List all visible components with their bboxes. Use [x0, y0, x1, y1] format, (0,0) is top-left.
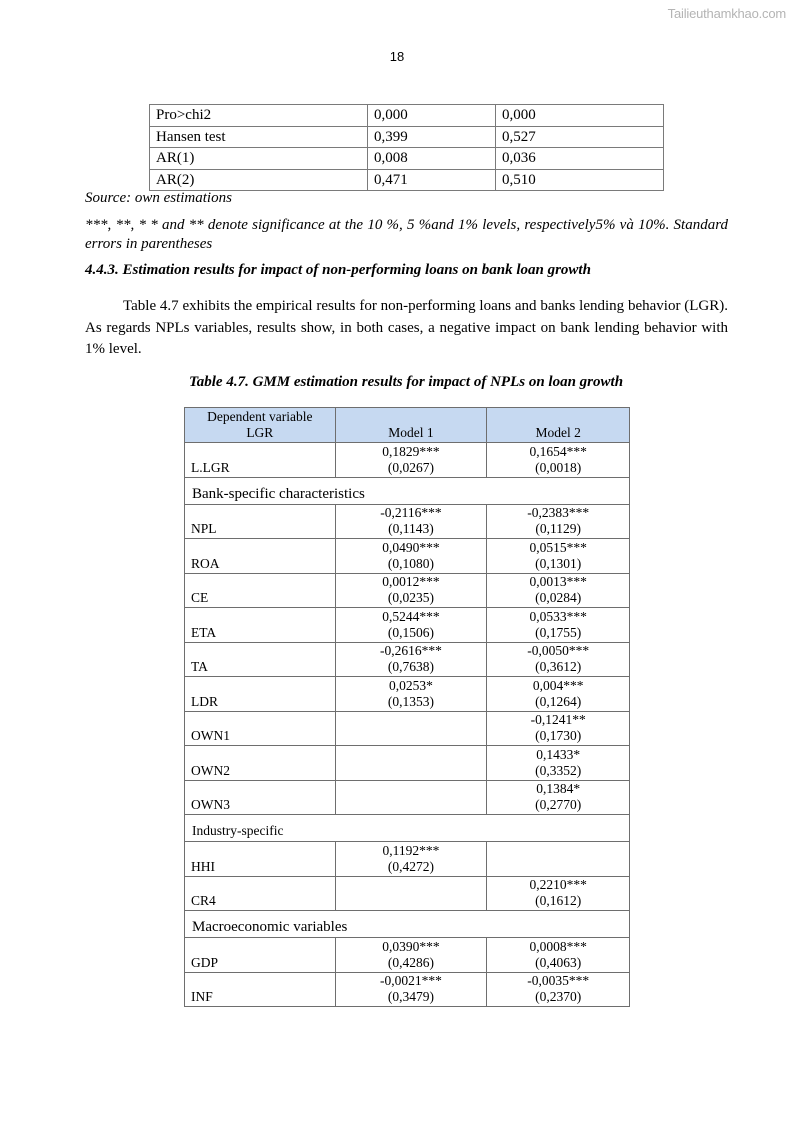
table-row: ETA0,5244***(0,1506)0,0533***(0,1755): [185, 608, 630, 643]
coefficient: 0,0490***: [342, 540, 481, 556]
standard-error: [342, 893, 481, 909]
standard-error: [342, 797, 481, 813]
group-label: Industry-specific: [185, 815, 630, 842]
table-header-row: Dependent variable LGR Model 1 Model 2: [185, 408, 630, 443]
coefficient: -0,1241**: [493, 712, 623, 728]
model-1-cell: 0,0253*(0,1353): [335, 677, 487, 712]
model-2-cell: 0,0515***(0,1301): [487, 539, 630, 574]
coefficient: 0,1829***: [342, 444, 481, 460]
coefficient: 0,0013***: [493, 574, 623, 590]
stats-model1: 0,008: [368, 148, 496, 170]
model-1-cell: 0,5244***(0,1506): [335, 608, 487, 643]
variable-name: HHI: [185, 842, 336, 877]
stats-label: AR(2): [150, 169, 368, 191]
standard-error: (0,1612): [493, 893, 623, 909]
stats-model1: 0,399: [368, 126, 496, 148]
standard-error: (0,2770): [493, 797, 623, 813]
standard-error: (0,4272): [342, 859, 481, 875]
table-row: TA-0,2616***(0,7638)-0,0050***(0,3612): [185, 642, 630, 677]
standard-error: (0,4286): [342, 955, 481, 971]
standard-error: (0,1353): [342, 694, 481, 710]
model-2-cell: 0,1654***(0,0018): [487, 443, 630, 478]
table-row: ROA0,0490***(0,1080)0,0515***(0,1301): [185, 539, 630, 574]
standard-error: (0,2370): [493, 989, 623, 1005]
coefficient: [342, 712, 481, 728]
coefficient: 0,0515***: [493, 540, 623, 556]
standard-error: (0,0284): [493, 590, 623, 606]
stats-label: Pro>chi2: [150, 105, 368, 127]
table-row: LDR0,0253*(0,1353)0,004***(0,1264): [185, 677, 630, 712]
standard-error: (0,7638): [342, 659, 481, 675]
coefficient: [342, 747, 481, 763]
model-2-cell: 0,0008***(0,4063): [487, 938, 630, 973]
stats-model2: 0,510: [496, 169, 664, 191]
standard-error: (0,3352): [493, 763, 623, 779]
watermark: Tailieuthamkhao.com: [668, 6, 786, 21]
model-2-cell: -0,0050***(0,3612): [487, 642, 630, 677]
standard-error: (0,0235): [342, 590, 481, 606]
model-2-cell: -0,0035***(0,2370): [487, 972, 630, 1007]
model-1-cell: [335, 746, 487, 781]
model-2-cell: 0,0013***(0,0284): [487, 573, 630, 608]
standard-error: (0,1301): [493, 556, 623, 572]
variable-name: LDR: [185, 677, 336, 712]
coefficient: 0,0390***: [342, 939, 481, 955]
stats-row: Pro>chi20,0000,000: [150, 105, 664, 127]
coefficient: 0,0253*: [342, 678, 481, 694]
standard-error: (0,0267): [342, 460, 481, 476]
standard-error: [342, 763, 481, 779]
standard-error: (0,3479): [342, 989, 481, 1005]
variable-name: OWN3: [185, 780, 336, 815]
standard-error: (0,1730): [493, 728, 623, 744]
model-1-cell: -0,2616***(0,7638): [335, 642, 487, 677]
header-model-1: Model 1: [335, 408, 487, 443]
table-row: OWN2 0,1433*(0,3352): [185, 746, 630, 781]
stats-model2: 0,000: [496, 105, 664, 127]
standard-error: [342, 728, 481, 744]
group-label: Bank-specific characteristics: [185, 477, 630, 504]
coefficient: [342, 877, 481, 893]
model-2-cell: -0,1241**(0,1730): [487, 711, 630, 746]
stats-label: Hansen test: [150, 126, 368, 148]
variable-name: OWN2: [185, 746, 336, 781]
coefficient: [342, 781, 481, 797]
coefficient: -0,2616***: [342, 643, 481, 659]
variable-name: OWN1: [185, 711, 336, 746]
model-1-cell: 0,0490***(0,1080): [335, 539, 487, 574]
coefficient: 0,004***: [493, 678, 623, 694]
source-note: Source: own estimations: [85, 190, 232, 207]
coefficient: -0,0021***: [342, 973, 481, 989]
coefficient: 0,5244***: [342, 609, 481, 625]
coefficient: 0,1384*: [493, 781, 623, 797]
variable-name: CR4: [185, 876, 336, 911]
header-dependent-variable: Dependent variable LGR: [185, 408, 336, 443]
group-label: Macroeconomic variables: [185, 911, 630, 938]
table-row: NPL-0,2116***(0,1143)-0,2383***(0,1129): [185, 504, 630, 539]
model-2-cell: -0,2383***(0,1129): [487, 504, 630, 539]
variable-name: L.LGR: [185, 443, 336, 478]
standard-error: (0,4063): [493, 955, 623, 971]
coefficient: 0,2210***: [493, 877, 623, 893]
model-1-cell: 0,1829***(0,0267): [335, 443, 487, 478]
table-row: INF-0,0021***(0,3479)-0,0035***(0,2370): [185, 972, 630, 1007]
table-row: CR4 0,2210***(0,1612): [185, 876, 630, 911]
model-2-cell: 0,2210***(0,1612): [487, 876, 630, 911]
body-paragraph: Table 4.7 exhibits the empirical results…: [85, 296, 728, 361]
table-row: HHI0,1192***(0,4272): [185, 842, 630, 877]
table-row: L.LGR0,1829***(0,0267)0,1654***(0,0018): [185, 443, 630, 478]
coefficient: [493, 843, 623, 859]
variable-name: ETA: [185, 608, 336, 643]
group-row: Industry-specific: [185, 815, 630, 842]
gmm-results-table: Dependent variable LGR Model 1 Model 2 L…: [184, 407, 630, 1007]
variable-name: CE: [185, 573, 336, 608]
coefficient: -0,0050***: [493, 643, 623, 659]
coefficient: 0,0008***: [493, 939, 623, 955]
standard-error: [493, 859, 623, 875]
standard-error: (0,1080): [342, 556, 481, 572]
section-heading: 4.4.3. Estimation results for impact of …: [85, 262, 591, 279]
stats-model1: 0,000: [368, 105, 496, 127]
model-2-cell: 0,1433*(0,3352): [487, 746, 630, 781]
model-2-cell: 0,004***(0,1264): [487, 677, 630, 712]
coefficient: 0,0012***: [342, 574, 481, 590]
stats-label: AR(1): [150, 148, 368, 170]
coefficient: 0,1654***: [493, 444, 623, 460]
stats-model2: 0,036: [496, 148, 664, 170]
model-1-cell: [335, 711, 487, 746]
diagnostic-stats-table: Pro>chi20,0000,000Hansen test0,3990,527A…: [149, 104, 664, 191]
variable-name: INF: [185, 972, 336, 1007]
coefficient: -0,2116***: [342, 505, 481, 521]
model-1-cell: [335, 876, 487, 911]
model-1-cell: -0,2116***(0,1143): [335, 504, 487, 539]
document-page: Tailieuthamkhao.com 18 Pro>chi20,0000,00…: [0, 0, 794, 1123]
variable-name: ROA: [185, 539, 336, 574]
variable-name: NPL: [185, 504, 336, 539]
coefficient: 0,1433*: [493, 747, 623, 763]
model-1-cell: -0,0021***(0,3479): [335, 972, 487, 1007]
standard-error: (0,1129): [493, 521, 623, 537]
stats-model2: 0,527: [496, 126, 664, 148]
header-dep-line2: LGR: [191, 425, 329, 441]
table-caption: Table 4.7. GMM estimation results for im…: [0, 374, 794, 391]
standard-error: (0,3612): [493, 659, 623, 675]
table-row: GDP0,0390***(0,4286)0,0008***(0,4063): [185, 938, 630, 973]
table-row: OWN1 -0,1241**(0,1730): [185, 711, 630, 746]
coefficient: -0,2383***: [493, 505, 623, 521]
variable-name: GDP: [185, 938, 336, 973]
standard-error: (0,1755): [493, 625, 623, 641]
stats-model1: 0,471: [368, 169, 496, 191]
model-1-cell: [335, 780, 487, 815]
stats-row: AR(2)0,4710,510: [150, 169, 664, 191]
model-2-cell: [487, 842, 630, 877]
model-1-cell: 0,1192***(0,4272): [335, 842, 487, 877]
table-row: CE0,0012***(0,0235)0,0013***(0,0284): [185, 573, 630, 608]
coefficient: 0,1192***: [342, 843, 481, 859]
table-row: OWN3 0,1384*(0,2770): [185, 780, 630, 815]
variable-name: TA: [185, 642, 336, 677]
standard-error: (0,1143): [342, 521, 481, 537]
page-number: 18: [0, 49, 794, 64]
model-1-cell: 0,0012***(0,0235): [335, 573, 487, 608]
header-dep-line1: Dependent variable: [191, 409, 329, 425]
coefficient: -0,0035***: [493, 973, 623, 989]
standard-error: (0,0018): [493, 460, 623, 476]
group-row: Macroeconomic variables: [185, 911, 630, 938]
group-row: Bank-specific characteristics: [185, 477, 630, 504]
stats-row: AR(1)0,0080,036: [150, 148, 664, 170]
coefficient: 0,0533***: [493, 609, 623, 625]
model-1-cell: 0,0390***(0,4286): [335, 938, 487, 973]
model-2-cell: 0,1384*(0,2770): [487, 780, 630, 815]
standard-error: (0,1264): [493, 694, 623, 710]
stats-row: Hansen test0,3990,527: [150, 126, 664, 148]
model-2-cell: 0,0533***(0,1755): [487, 608, 630, 643]
significance-note: ***, **, * * and ** denote significance …: [85, 216, 728, 254]
standard-error: (0,1506): [342, 625, 481, 641]
header-model-2: Model 2: [487, 408, 630, 443]
